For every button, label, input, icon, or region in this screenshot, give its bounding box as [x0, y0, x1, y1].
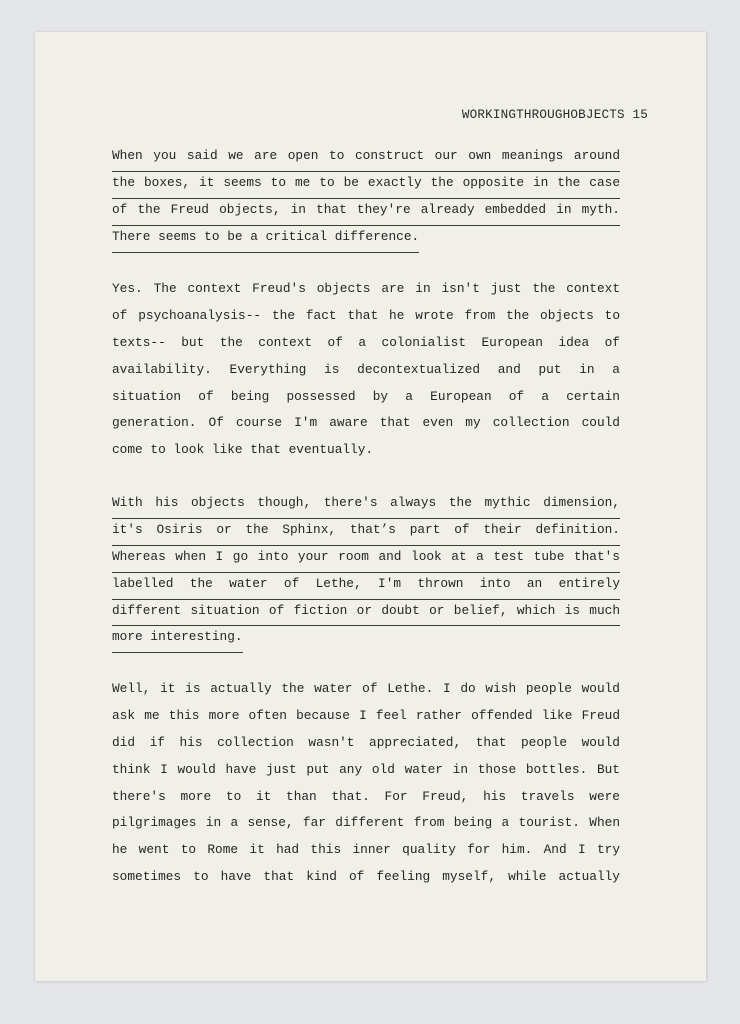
text-line: When you said we are open to construct o…	[112, 143, 620, 170]
text-line: pilgrimages in a sense, far different fr…	[112, 810, 620, 837]
text-line: the boxes, it seems to me to be exactly …	[112, 170, 620, 197]
text-line: did if his collection wasn't appreciated…	[112, 730, 620, 757]
text-line: Whereas when I go into your room and loo…	[112, 544, 620, 571]
text-line: come to look like that eventually.	[112, 437, 620, 464]
text-line: he went to Rome it had this inner qualit…	[112, 837, 620, 864]
text-line: With his objects though, there's always …	[112, 490, 620, 517]
answer-paragraph-2: Well, it is actually the water of Lethe.…	[112, 676, 620, 891]
answer-paragraph-1: Yes. The context Freud's objects are in …	[112, 276, 620, 464]
text-line: there's more to it than that. For Freud,…	[112, 784, 620, 811]
text-line: There seems to be a critical difference.	[112, 224, 620, 251]
question-paragraph-1: When you said we are open to construct o…	[112, 143, 620, 251]
text-line: of psychoanalysis-- the fact that he wro…	[112, 303, 620, 330]
running-header: WORKINGTHROUGHOBJECTS 15	[462, 108, 648, 122]
text-line: it's Osiris or the Sphinx, that’s part o…	[112, 517, 620, 544]
text-line: ask me this more often because I feel ra…	[112, 703, 620, 730]
question-paragraph-2: With his objects though, there's always …	[112, 490, 620, 651]
text-line: labelled the water of Lethe, I'm thrown …	[112, 571, 620, 598]
text-line: texts-- but the context of a colonialist…	[112, 330, 620, 357]
text-line: Yes. The context Freud's objects are in …	[112, 276, 620, 303]
text-line: think I would have just put any old wate…	[112, 757, 620, 784]
text-line: situation of being possessed by a Europe…	[112, 384, 620, 411]
text-line: different situation of fiction or doubt …	[112, 598, 620, 625]
text-line: of the Freud objects, in that they're al…	[112, 197, 620, 224]
text-line: generation. Of course I'm aware that eve…	[112, 410, 620, 437]
text-line: availability. Everything is decontextual…	[112, 357, 620, 384]
text-line: Well, it is actually the water of Lethe.…	[112, 676, 620, 703]
text-line: sometimes to have that kind of feeling m…	[112, 864, 620, 891]
text-line: more interesting.	[112, 624, 620, 651]
